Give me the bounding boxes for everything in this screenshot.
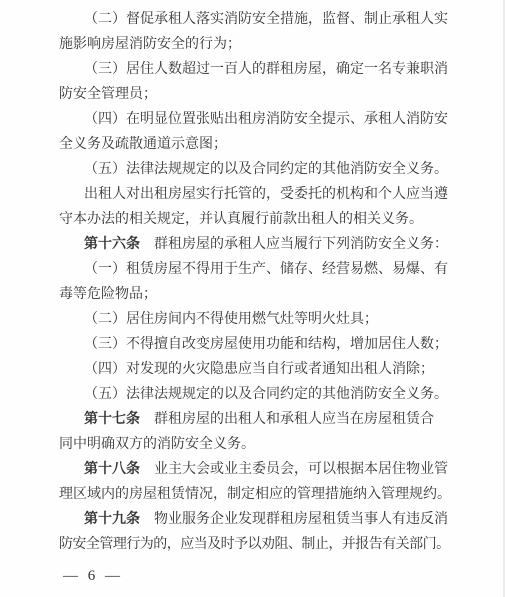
- text-line: 出租人对出租房屋实行托管的，受委托的机构和个人应当遵: [59, 182, 451, 207]
- text-line: 施影响房屋消防安全的行为；: [59, 32, 451, 57]
- text-line: 第十九条 物业服务企业发现群租房屋租赁当事人有违反消: [59, 507, 451, 532]
- article-number: 第十六条: [84, 237, 140, 252]
- text-line: 第十七条 群租房屋的出租人和承租人应当在房屋租赁合: [59, 407, 451, 432]
- text-line: （五）法律法规规定的以及合同约定的其他消防安全义务。: [59, 157, 451, 182]
- text-line: （三）居住人数超过一百人的群租房屋，确定一名专兼职消: [59, 57, 451, 82]
- text-line: （四）对发现的火灾隐患应当自行或者通知出租人消除；: [59, 357, 451, 382]
- text-line: （二）督促承租人落实消防安全措施，监督、制止承租人实: [59, 7, 451, 32]
- text-line: 守本办法的相关规定，并认真履行前款出租人的相关义务。: [59, 207, 451, 232]
- text-line: （四）在明显位置张贴出租房消防安全提示、承租人消防安: [59, 107, 451, 132]
- text-line: 同中明确双方的消防安全义务。: [59, 432, 451, 457]
- article-number: 第十七条: [84, 412, 140, 427]
- article-number: 第十八条: [84, 462, 140, 477]
- scanned-document-page: （二）督促承租人落实消防安全措施，监督、制止承租人实施影响房屋消防安全的行为；（…: [0, 0, 505, 597]
- document-text-block: （二）督促承租人落实消防安全措施，监督、制止承租人实施影响房屋消防安全的行为；（…: [59, 7, 451, 557]
- text-line: 理区域内的房屋租赁情况，制定相应的管理措施纳入管理规约。: [59, 482, 451, 507]
- article-number: 第十九条: [84, 512, 140, 527]
- text-line: 第十八条 业主大会或业主委员会，可以根据本居住物业管: [59, 457, 451, 482]
- text-line: 第十六条 群租房屋的承租人应当履行下列消防安全义务：: [59, 232, 451, 257]
- text-line: （五）法律法规规定的以及合同约定的其他消防安全义务。: [59, 382, 451, 407]
- text-line: （一）租赁房屋不得用于生产、储存、经营易燃、易爆、有: [59, 257, 451, 282]
- text-line: （三）不得擅自改变房屋使用功能和结构，增加居住人数；: [59, 332, 451, 357]
- text-line: 防安全管理员；: [59, 82, 451, 107]
- text-line: 防安全管理行为的，应当及时予以劝阻、制止，并报告有关部门。: [59, 532, 451, 557]
- page-number: — 6 —: [63, 568, 123, 585]
- text-line: 全义务及疏散通道示意图；: [59, 132, 451, 157]
- text-line: （二）居住房间内不得使用燃气灶等明火灶具；: [59, 307, 451, 332]
- text-line: 毒等危险物品；: [59, 282, 451, 307]
